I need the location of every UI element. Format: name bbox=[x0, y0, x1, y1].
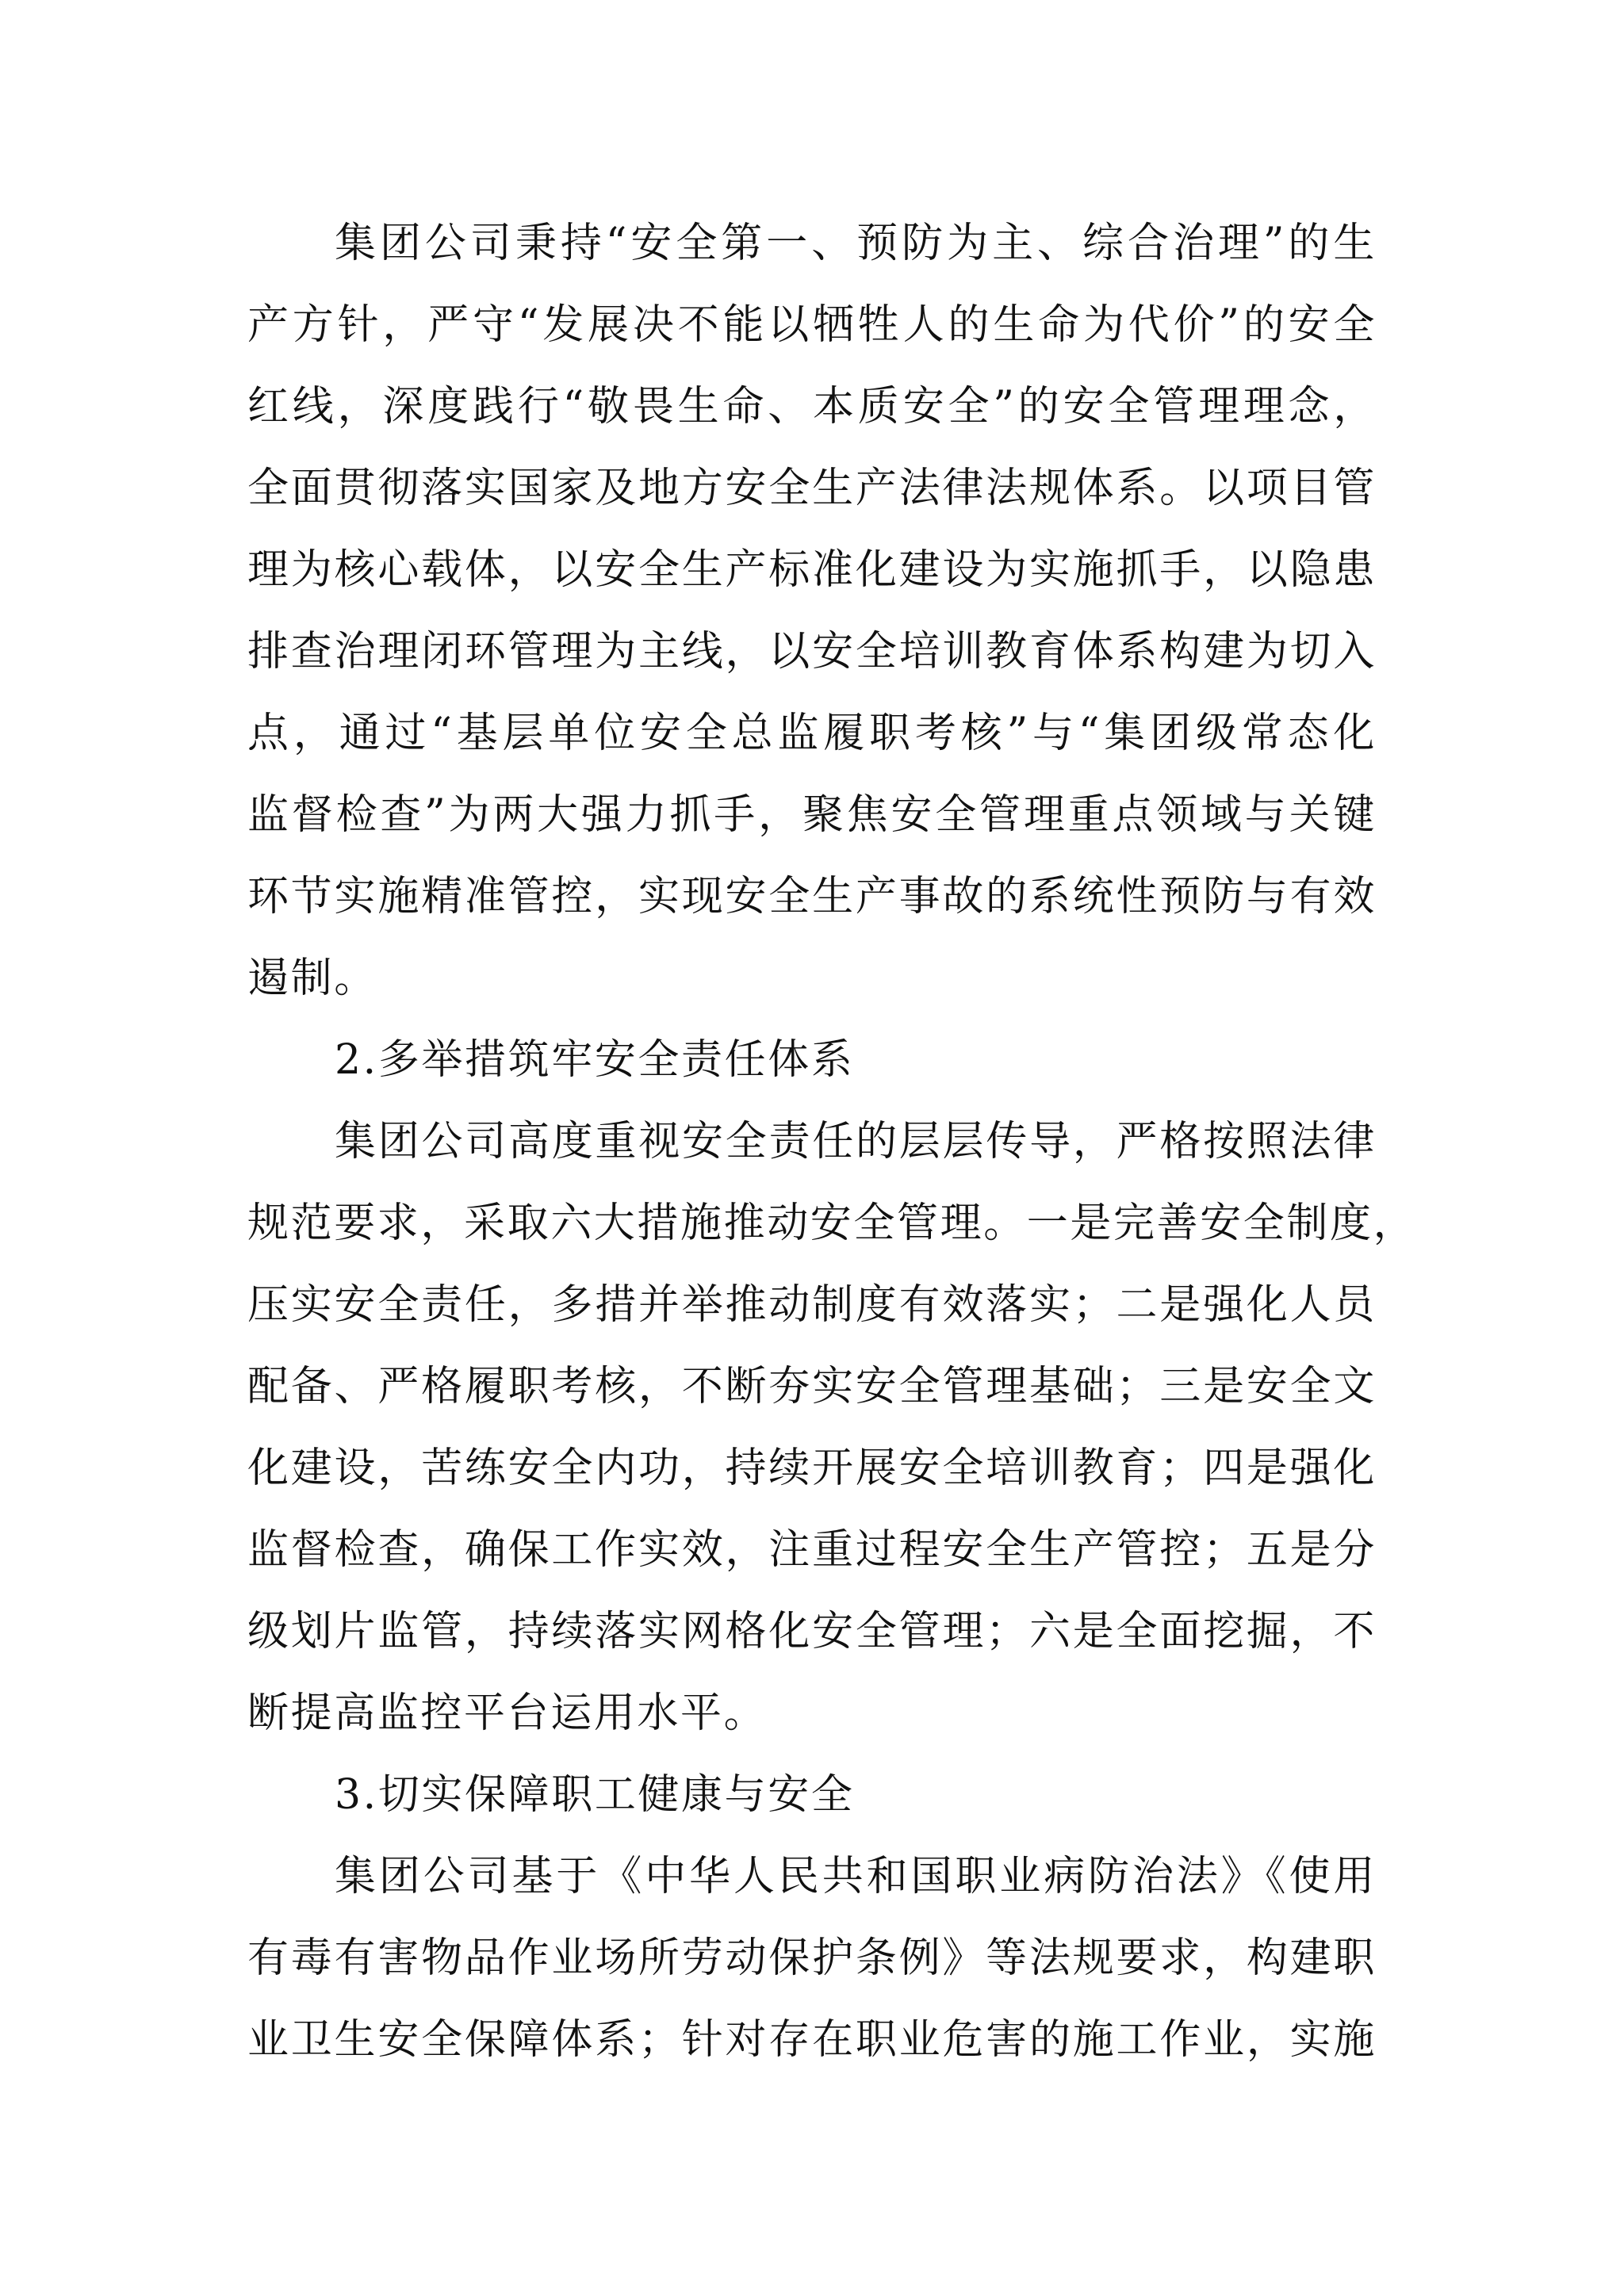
paragraph-employee-health: 集团公司基于《中华人民共和国职业病防治法》《使用 有毒有害物品作业场所劳动保护条… bbox=[247, 1836, 1377, 2081]
paragraph-safety-responsibility: 集团公司高度重视安全责任的层层传导，严格按照法律 规范要求，采取六大措施推动安全… bbox=[247, 1101, 1377, 1755]
paragraph-line: 监督检查，确保工作实效，注重过程安全生产管控；五是分 bbox=[247, 1510, 1377, 1591]
section-heading-employee-health: 3.切实保障职工健康与安全 bbox=[247, 1755, 1377, 1836]
paragraph-line: 监督检查”为两大强力抓手，聚焦安全管理重点领域与关键 bbox=[247, 775, 1377, 856]
paragraph-line: 规范要求，采取六大措施推动安全管理。一是完善安全制度， bbox=[247, 1183, 1377, 1265]
paragraph-line: 产方针，严守“发展决不能以牺牲人的生命为代价”的安全 bbox=[247, 285, 1377, 366]
paragraph-line: 有毒有害物品作业场所劳动保护条例》等法规要求，构建职 bbox=[247, 1918, 1377, 1999]
paragraph-line: 压实安全责任，多措并举推动制度有效落实；二是强化人员 bbox=[247, 1265, 1377, 1346]
paragraph-line: 断提高监控平台运用水平。 bbox=[247, 1673, 1377, 1755]
paragraph-line: 化建设，苦练安全内功，持续开展安全培训教育；四是强化 bbox=[247, 1428, 1377, 1510]
paragraph-line: 理为核心载体，以安全生产标准化建设为实施抓手，以隐患 bbox=[247, 530, 1377, 611]
paragraph-line: 级划片监管，持续落实网格化安全管理；六是全面挖掘，不 bbox=[247, 1591, 1377, 1673]
paragraph-safety-policy: 集团公司秉持“安全第一、预防为主、综合治理”的生 产方针，严守“发展决不能以牺牲… bbox=[247, 203, 1377, 1020]
document-page: 集团公司秉持“安全第一、预防为主、综合治理”的生 产方针，严守“发展决不能以牺牲… bbox=[247, 203, 1377, 2081]
paragraph-line: 集团公司高度重视安全责任的层层传导，严格按照法律 bbox=[247, 1101, 1377, 1183]
paragraph-line: 遏制。 bbox=[247, 938, 1377, 1020]
paragraph-line: 配备、严格履职考核，不断夯实安全管理基础；三是安全文 bbox=[247, 1346, 1377, 1428]
paragraph-line: 排查治理闭环管理为主线，以安全培训教育体系构建为切入 bbox=[247, 611, 1377, 693]
paragraph-line: 集团公司基于《中华人民共和国职业病防治法》《使用 bbox=[247, 1836, 1377, 1918]
paragraph-line: 红线，深度践行“敬畏生命、本质安全”的安全管理理念， bbox=[247, 366, 1377, 448]
paragraph-line: 集团公司秉持“安全第一、预防为主、综合治理”的生 bbox=[247, 203, 1377, 285]
paragraph-line: 环节实施精准管控，实现安全生产事故的系统性预防与有效 bbox=[247, 856, 1377, 938]
section-heading-safety-responsibility: 2.多举措筑牢安全责任体系 bbox=[247, 1020, 1377, 1101]
paragraph-line: 点，通过“基层单位安全总监履职考核”与“集团级常态化 bbox=[247, 693, 1377, 775]
paragraph-line: 业卫生安全保障体系；针对存在职业危害的施工作业，实施 bbox=[247, 1999, 1377, 2081]
paragraph-line: 全面贯彻落实国家及地方安全生产法律法规体系。以项目管 bbox=[247, 448, 1377, 530]
